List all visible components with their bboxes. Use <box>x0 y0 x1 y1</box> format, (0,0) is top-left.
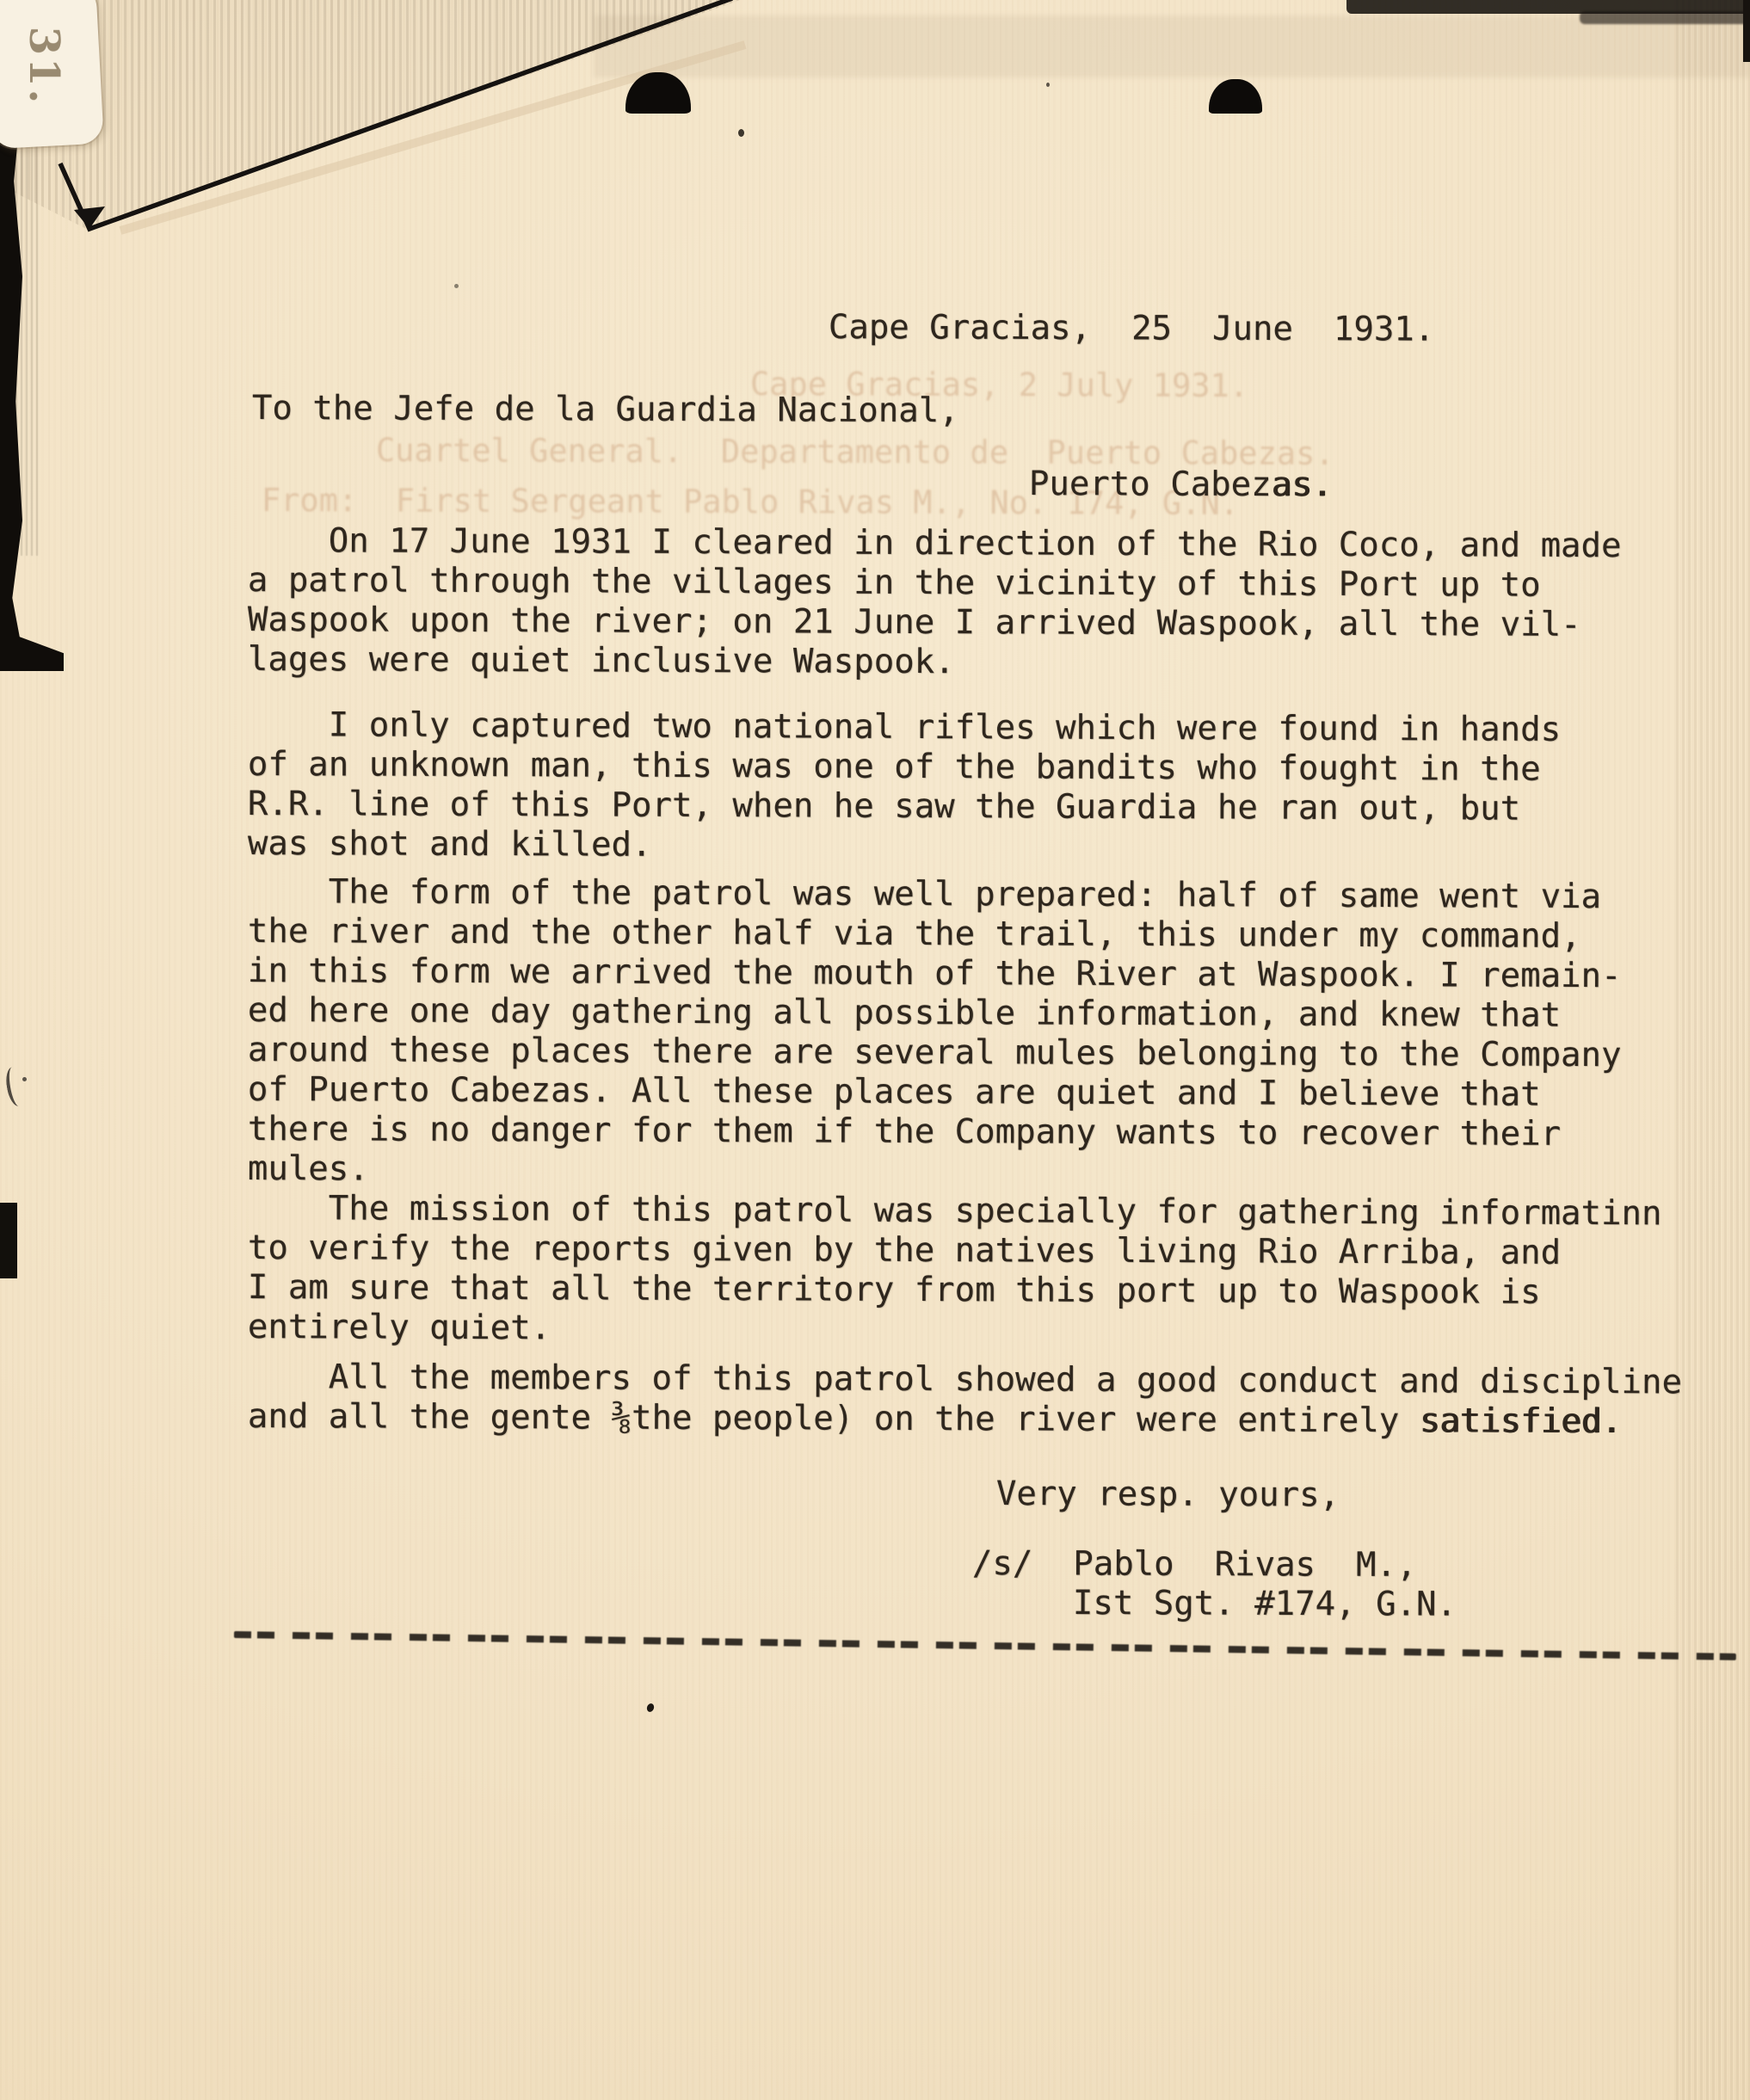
letter-line: Waspook upon the river; on 21 June I arr… <box>248 600 1581 645</box>
signature-title: Ist Sgt. #174, G.N. <box>1073 1584 1457 1625</box>
last-line-overstrike: satisfied. <box>1420 1401 1622 1441</box>
handwritten-squiggle <box>3 1066 28 1108</box>
closing-line: Very resp. yours, <box>996 1475 1340 1516</box>
ink-speck <box>646 1703 656 1713</box>
letter-line: of an unknown man, this was one of the b… <box>248 745 1541 790</box>
top-right-corner-mark <box>1743 0 1750 62</box>
letter-line: The form of the patrol was well prepared… <box>248 872 1601 917</box>
letter-line: to verify the reports given by the nativ… <box>248 1229 1561 1273</box>
typed-dash-divider <box>234 1631 1736 1660</box>
left-scan-bar-foot <box>0 637 64 671</box>
handwritten-squiggle-dot <box>22 1077 27 1081</box>
letter-line: was shot and killed. <box>248 824 652 865</box>
letter-line: entirely quiet. <box>248 1308 551 1348</box>
letter-line: I only captured two national rifles whic… <box>248 705 1561 750</box>
letter-line: I am sure that all the territory from th… <box>248 1268 1541 1313</box>
scanned-letter-page: 31. Cape Gracias, 2 July 1931. Cuartel G… <box>0 0 1750 2100</box>
letter-line: mules. <box>248 1149 369 1190</box>
archive-number-label: 31. <box>0 0 104 149</box>
recipient-city-line: Puerto Cabezas. <box>1029 465 1332 505</box>
recipient-line: To the Jefe de la Guardia Nacional, <box>252 389 959 431</box>
letter-line: R.R. line of this Port, when he saw the … <box>248 785 1520 829</box>
last-line-start: and all the gente ⅜the people) on the ri… <box>248 1397 1420 1440</box>
signature-name: /s/ Pablo Rivas M., <box>972 1544 1417 1586</box>
left-edge-mark <box>0 1203 17 1278</box>
letter-line: The mission of this patrol was specially… <box>248 1189 1662 1234</box>
letter-line: in this form we arrived the mouth of the… <box>248 951 1622 996</box>
recipient-city-start: Puerto Cabez <box>1029 465 1272 504</box>
letter-line: there is no danger for them if the Compa… <box>248 1110 1561 1155</box>
letter-line: All the members of this patrol showed a … <box>248 1358 1682 1402</box>
letter-line: the river and the other half via the tra… <box>248 912 1581 957</box>
right-edge-streaks <box>1676 0 1750 2100</box>
top-edge-smudge-2 <box>1580 11 1750 24</box>
letter-line: lages were quiet inclusive Waspook. <box>248 640 955 682</box>
letter-line: ed here one day gathering all possible i… <box>248 991 1561 1036</box>
ink-speck <box>1046 83 1050 87</box>
letter-line: of Puerto Cabezas. All these places are … <box>248 1070 1541 1115</box>
date-line: Cape Gracias, 25 June 1931. <box>829 308 1435 350</box>
ink-speck <box>738 129 744 137</box>
page-fold-line <box>0 0 1750 275</box>
letter-line: around these places there are several mu… <box>248 1031 1622 1075</box>
letter-line: a patrol through the villages in the vic… <box>248 561 1541 606</box>
letter-line: and all the gente ⅜the people) on the ri… <box>248 1397 1622 1442</box>
recipient-city-overstrike: as. <box>1272 465 1333 504</box>
archive-number-text: 31. <box>20 27 68 107</box>
letter-line: On 17 June 1931 I cleared in direction o… <box>248 521 1622 566</box>
ink-speck <box>454 284 459 288</box>
